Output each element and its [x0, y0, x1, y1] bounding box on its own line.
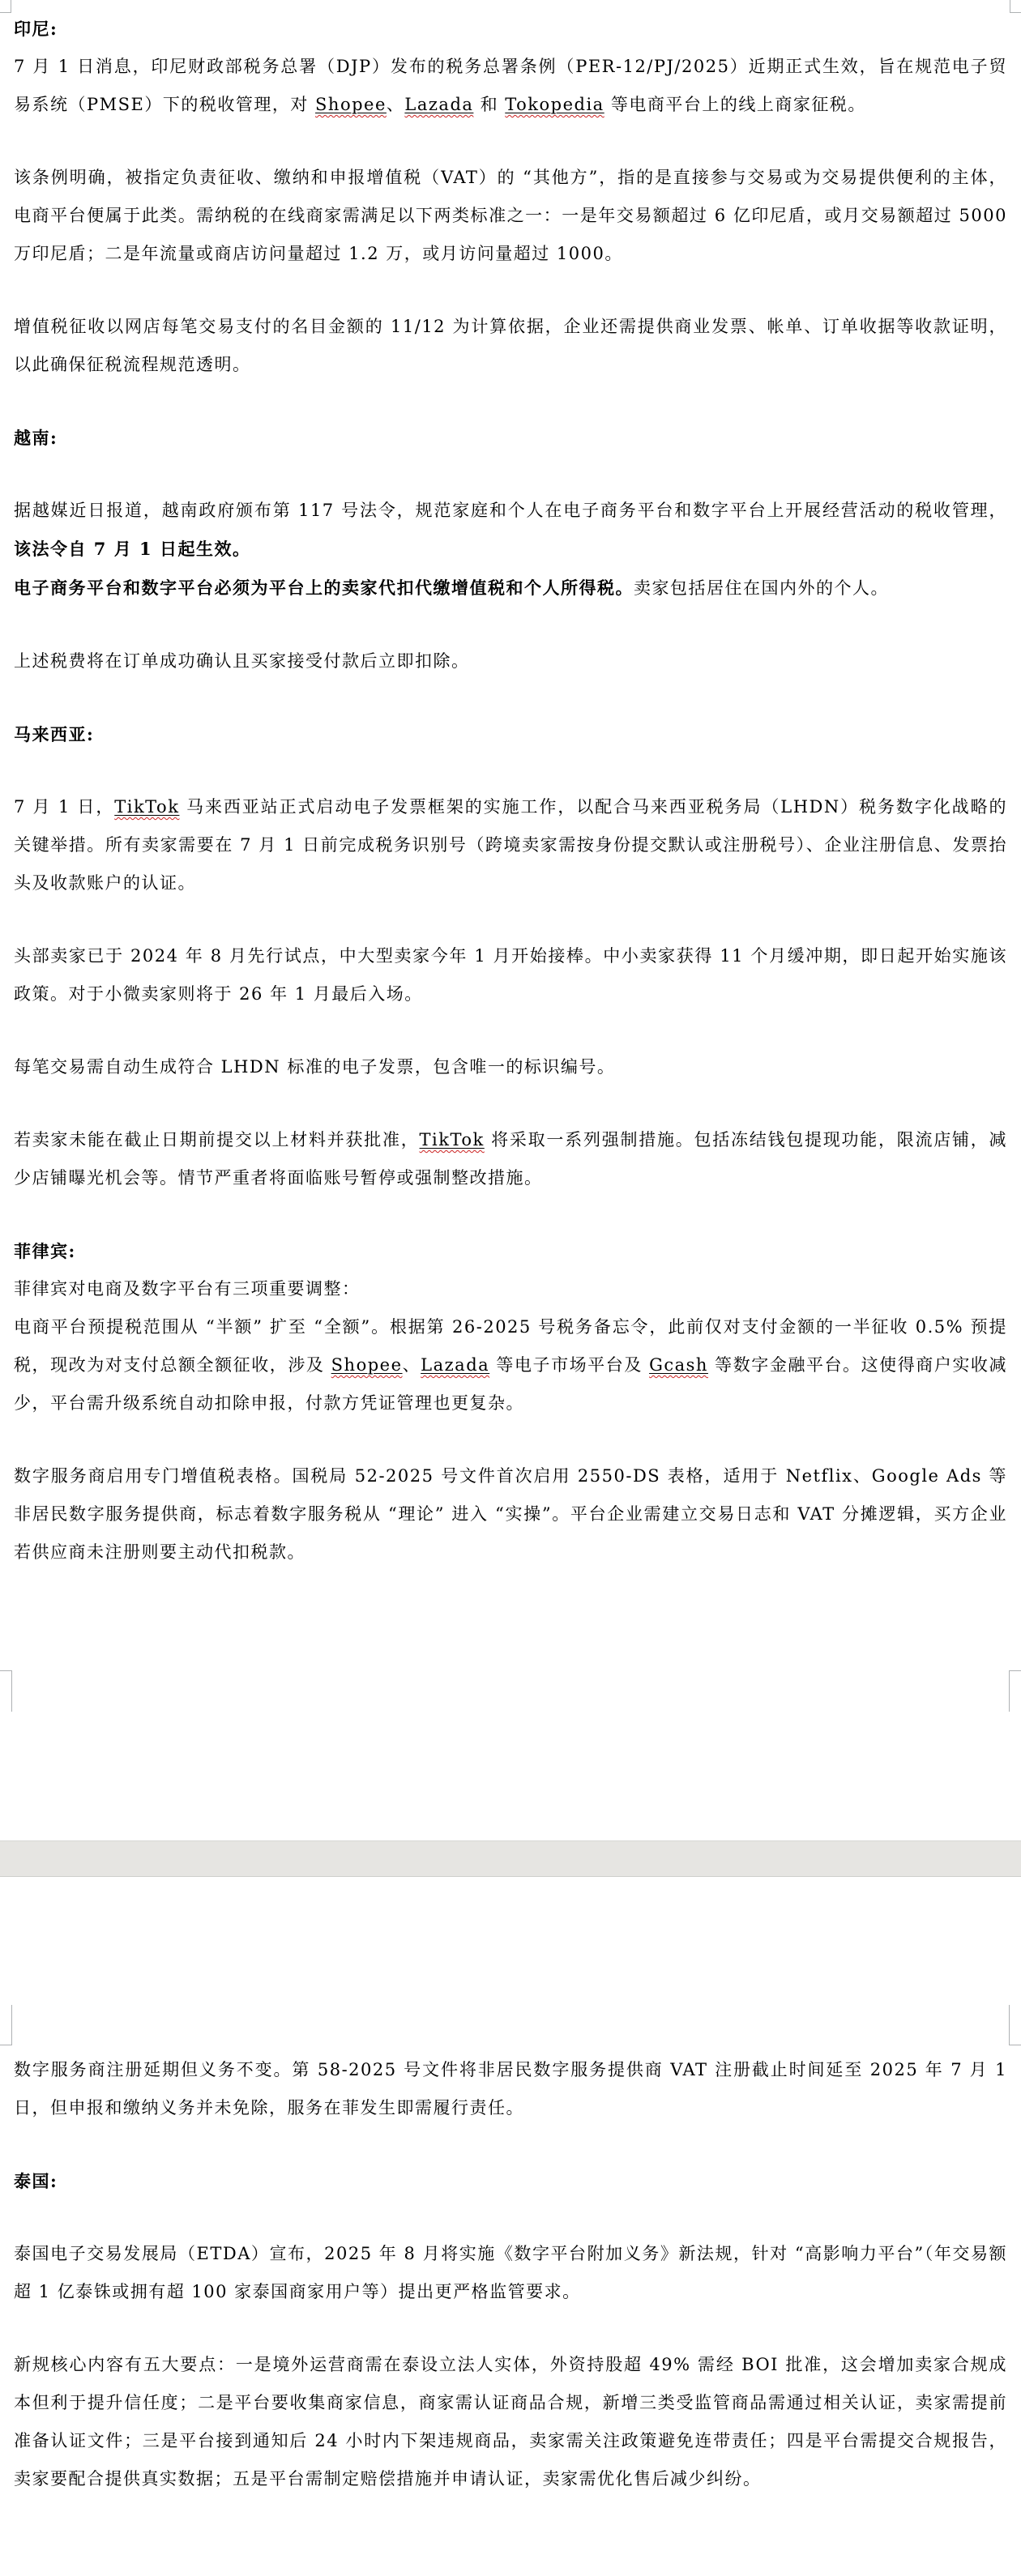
paragraph-philippines-withholding: 电商平台预提税范围从 “半额” 扩至 “全额”。根据第 26-2025 号税务备…	[14, 1308, 1007, 1422]
text-run: 等电子市场平台及	[489, 1355, 649, 1375]
text-run: 7 月 1 日，	[14, 797, 114, 817]
underlined-brand-text: Shopee	[331, 1355, 403, 1375]
underlined-brand-text: Lazada	[421, 1355, 489, 1375]
text-run: 、	[387, 95, 405, 114]
text-run: 等电商平台上的线上商家征税。	[604, 95, 866, 114]
text-run: 、	[403, 1355, 421, 1375]
text-boundary-mark-top-left	[0, 2005, 12, 2045]
paragraph-thailand-five-points: 新规核心内容有五大要点：一是境外运营商需在泰设立法人实体，外资持股超 49% 需…	[14, 2346, 1007, 2498]
text-run: 该法令自 7 月 1 日起生效。	[14, 539, 250, 559]
text-run: 每笔交易需自动生成符合 LHDN 标准的电子发票，包含唯一的标识编号。	[14, 1057, 615, 1077]
paragraph-philippines-intro: 菲律宾对电商及数字平台有三项重要调整：	[14, 1270, 1007, 1308]
paragraph-indonesia-criteria: 该条例明确，被指定负责征收、缴纳和申报增值税（VAT）的 “其他方”，指的是直接…	[14, 159, 1007, 273]
text-boundary-mark-bottom-left	[0, 1670, 12, 1712]
heading-vietnam: 越南:	[14, 419, 1007, 457]
paragraph-vietnam-deduction: 上述税费将在订单成功确认且买家接受付款后立即扣除。	[14, 642, 1007, 680]
text-run: 该条例明确，被指定负责征收、缴纳和申报增值税（VAT）的 “其他方”，指的是直接…	[14, 168, 1007, 263]
text-run: 若卖家未能在截止日期前提交以上材料并获批准，	[14, 1130, 420, 1149]
underlined-brand-text: TikTok	[420, 1130, 485, 1149]
paragraph-indonesia-regulation: 7 月 1 日消息，印尼财政部税务总署（DJP）发布的税务总署条例（PER-12…	[14, 48, 1007, 124]
underlined-brand-text: Shopee	[315, 95, 387, 114]
page-gap-band	[0, 1840, 1021, 1877]
text-run: 马来西亚:	[14, 724, 94, 744]
text-run: 数字服务商注册延期但义务不变。第 58-2025 号文件将非居民数字服务提供商 …	[14, 2060, 1007, 2118]
heading-malaysia: 马来西亚:	[14, 715, 1007, 753]
text-run: 卖家包括居住在国内外的个人。	[634, 578, 889, 598]
spellcheck-squiggle-text: Tokopedia	[505, 95, 604, 114]
underlined-brand-text: Tokopedia	[505, 95, 604, 114]
spellcheck-squiggle-text: TikTok	[114, 797, 179, 817]
text-run: 泰国电子交易发展局（ETDA）宣布，2025 年 8 月将实施《数字平台附加义务…	[14, 2244, 1007, 2301]
paragraph-malaysia-timeline: 头部卖家已于 2024 年 8 月先行试点，中大型卖家今年 1 月开始接棒。中小…	[14, 937, 1007, 1013]
spellcheck-squiggle-text: Shopee	[331, 1355, 403, 1375]
paragraph-vietnam-decree: 据越媒近日报道，越南政府颁布第 117 号法令，规范家庭和个人在电子商务平台和数…	[14, 492, 1007, 569]
text-run: 新规核心内容有五大要点：一是境外运营商需在泰设立法人实体，外资持股超 49% 需…	[14, 2355, 1007, 2489]
text-run: 和	[473, 95, 505, 114]
document-page-1: 印尼: 7 月 1 日消息，印尼财政部税务总署（DJP）发布的税务总署条例（PE…	[0, 0, 1021, 1840]
heading-philippines: 菲律宾:	[14, 1232, 1007, 1270]
paragraph-thailand-etda: 泰国电子交易发展局（ETDA）宣布，2025 年 8 月将实施《数字平台附加义务…	[14, 2235, 1007, 2311]
text-run: 上述税费将在订单成功确认且买家接受付款后立即扣除。	[14, 651, 470, 671]
spellcheck-squiggle-text: Lazada	[404, 95, 473, 114]
text-run: 菲律宾:	[14, 1241, 76, 1261]
text-run: 电子商务平台和数字平台必须为平台上的卖家代扣代缴增值税和个人所得税。	[14, 578, 634, 598]
text-boundary-mark-top-left	[0, 0, 11, 13]
text-run: 头部卖家已于 2024 年 8 月先行试点，中大型卖家今年 1 月开始接棒。中小…	[14, 946, 1007, 1004]
text-run: 印尼:	[14, 19, 58, 39]
spellcheck-squiggle-text: Gcash	[649, 1355, 708, 1375]
paragraph-philippines-vat-form: 数字服务商启用专门增值税表格。国税局 52-2025 号文件首次启用 2550-…	[14, 1457, 1007, 1572]
text-run: 数字服务商启用专门增值税表格。国税局 52-2025 号文件首次启用 2550-…	[14, 1466, 1007, 1562]
paragraph-malaysia-enforcement: 若卖家未能在截止日期前提交以上材料并获批准，TikTok 将采取一系列强制措施。…	[14, 1121, 1007, 1197]
spellcheck-squiggle-text: Shopee	[315, 95, 387, 114]
page-1-text-area: 印尼: 7 月 1 日消息，印尼财政部税务总署（DJP）发布的税务总署条例（PE…	[0, 0, 1021, 1572]
underlined-brand-text: Gcash	[649, 1355, 708, 1375]
text-run: 增值税征收以网店每笔交易支付的名目金额的 11/12 为计算依据，企业还需提供商…	[14, 317, 1007, 374]
text-run: 菲律宾对电商及数字平台有三项重要调整：	[14, 1279, 361, 1299]
paragraph-indonesia-vat-basis: 增值税征收以网店每笔交易支付的名目金额的 11/12 为计算依据，企业还需提供商…	[14, 308, 1007, 384]
page-2-text-area: 数字服务商注册延期但义务不变。第 58-2025 号文件将非居民数字服务提供商 …	[0, 1877, 1021, 2498]
paragraph-malaysia-invoice-id: 每笔交易需自动生成符合 LHDN 标准的电子发票，包含唯一的标识编号。	[14, 1048, 1007, 1086]
spellcheck-squiggle-text: Lazada	[421, 1355, 489, 1375]
paragraph-vietnam-withholding: 电子商务平台和数字平台必须为平台上的卖家代扣代缴增值税和个人所得税。卖家包括居住…	[14, 569, 1007, 608]
paragraph-malaysia-einvoice: 7 月 1 日，TikTok 马来西亚站正式启动电子发票框架的实施工作，以配合马…	[14, 788, 1007, 902]
text-run: 越南:	[14, 428, 58, 448]
text-run: 据越媒近日报道，越南政府颁布第 117 号法令，规范家庭和个人在电子商务平台和数…	[14, 501, 1007, 520]
heading-thailand: 泰国:	[14, 2162, 1007, 2200]
text-boundary-mark-top-right	[1009, 2005, 1021, 2045]
paragraph-philippines-deadline: 数字服务商注册延期但义务不变。第 58-2025 号文件将非居民数字服务提供商 …	[14, 2051, 1007, 2127]
text-run: 泰国:	[14, 2171, 58, 2191]
underlined-brand-text: Lazada	[404, 95, 473, 114]
text-boundary-mark-bottom-right	[1009, 1670, 1021, 1712]
text-boundary-mark-top-right	[1010, 0, 1021, 13]
spellcheck-squiggle-text: TikTok	[420, 1130, 485, 1149]
document-page-2: 数字服务商注册延期但义务不变。第 58-2025 号文件将非居民数字服务提供商 …	[0, 1877, 1021, 2576]
heading-indonesia: 印尼:	[14, 10, 1007, 48]
underlined-brand-text: TikTok	[114, 797, 179, 817]
